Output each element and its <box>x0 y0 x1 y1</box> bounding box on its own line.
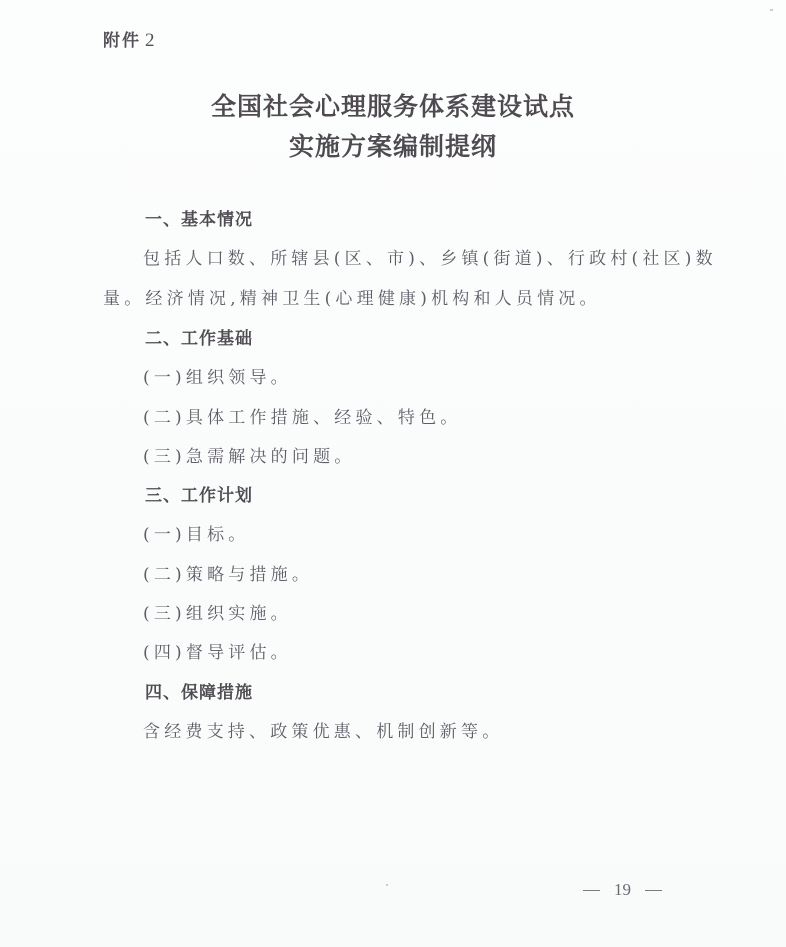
dash-decoration <box>583 890 600 891</box>
list-item: (一)组织领导。 <box>143 363 292 388</box>
dash-decoration <box>645 890 662 891</box>
document-title-line1: 全国社会心理服务体系建设试点 <box>0 87 786 123</box>
list-item: (二)具体工作措施、经验、特色。 <box>143 403 461 428</box>
attachment-number: 2 <box>145 30 157 51</box>
scan-speck <box>386 884 388 886</box>
scan-speck <box>770 9 773 11</box>
attachment-label: 附件2 <box>103 26 157 52</box>
section-paragraph-line: 含经费支持、政策优惠、机制创新等。 <box>143 717 503 742</box>
page-number: 19 <box>583 880 662 900</box>
page-number-value: 19 <box>614 880 631 900</box>
list-item: (三)组织实施。 <box>143 599 292 624</box>
section-paragraph-line: 量。经济情况,精神卫生(心理健康)机构和人员情况。 <box>103 284 601 309</box>
document-page: 附件2 全国社会心理服务体系建设试点 实施方案编制提纲 一、基本情况 包括人口数… <box>0 0 786 947</box>
section-heading-basic-info: 一、基本情况 <box>145 205 253 230</box>
section-heading-work-foundation: 二、工作基础 <box>145 324 253 349</box>
document-title-line2: 实施方案编制提纲 <box>0 127 786 163</box>
section-paragraph-line: 包括人口数、所辖县(区、市)、乡镇(街道)、行政村(社区)数 <box>143 244 717 269</box>
section-heading-safeguards: 四、保障措施 <box>145 678 253 703</box>
attachment-label-text: 附件 <box>103 31 141 51</box>
list-item: (三)急需解决的问题。 <box>143 442 355 467</box>
list-item: (四)督导评估。 <box>143 638 292 663</box>
list-item: (二)策略与措施。 <box>143 560 313 585</box>
list-item: (一)目标。 <box>143 520 249 545</box>
section-heading-work-plan: 三、工作计划 <box>145 481 253 506</box>
